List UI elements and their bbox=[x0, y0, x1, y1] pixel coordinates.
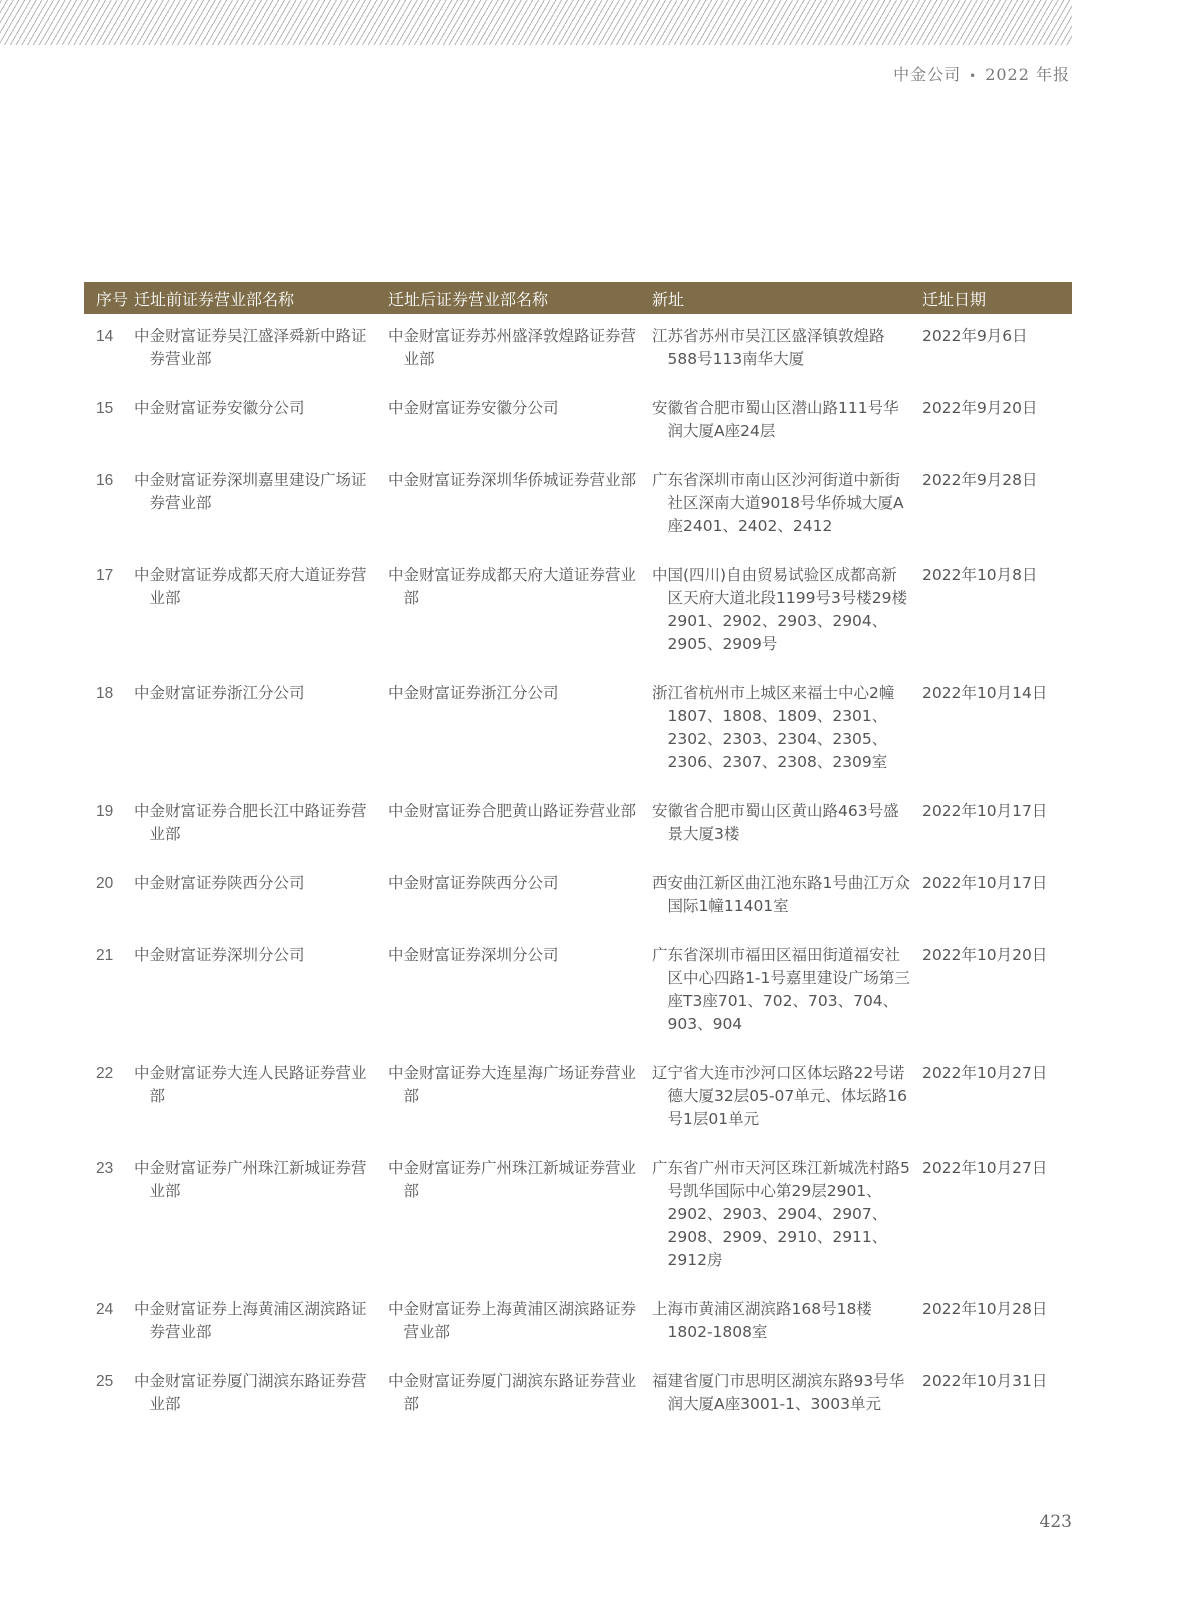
page-number: 423 bbox=[1040, 1512, 1072, 1532]
row-number-text: 21 bbox=[96, 944, 122, 967]
after-name-text: 中金财富证券陕西分公司 bbox=[388, 872, 640, 895]
row-number-text: 16 bbox=[96, 469, 122, 492]
before-name: 中金财富证券陕西分公司 bbox=[128, 861, 382, 933]
after-name: 中金财富证券浙江分公司 bbox=[382, 671, 646, 789]
row-number: 15 bbox=[84, 386, 128, 458]
company-name: 中金公司 bbox=[893, 65, 961, 84]
after-name-text: 中金财富证券大连星海广场证券营业部 bbox=[388, 1062, 640, 1108]
new-address-text: 江苏省苏州市吴江区盛泽镇敦煌路588号113南华大厦 bbox=[652, 325, 910, 371]
row-number: 22 bbox=[84, 1051, 128, 1146]
separator-dot: • bbox=[969, 69, 977, 83]
new-address-text: 广东省深圳市福田区福田街道福安社区中心四路1-1号嘉里建设广场第三座T3座701… bbox=[652, 944, 910, 1036]
relocation-date-text: 2022年10月8日 bbox=[922, 564, 1066, 587]
before-name: 中金财富证券合肥长江中路证券营业部 bbox=[128, 789, 382, 861]
before-name-text: 中金财富证券深圳嘉里建设广场证券营业部 bbox=[134, 469, 376, 515]
after-name-text: 中金财富证券深圳分公司 bbox=[388, 944, 640, 967]
relocation-date-text: 2022年9月28日 bbox=[922, 469, 1066, 492]
new-address: 广东省深圳市南山区沙河街道中新街社区深南大道9018号华侨城大厦A座2401、2… bbox=[646, 458, 916, 553]
new-address-text: 广东省深圳市南山区沙河街道中新街社区深南大道9018号华侨城大厦A座2401、2… bbox=[652, 469, 910, 538]
relocation-date: 2022年9月20日 bbox=[916, 386, 1072, 458]
before-name: 中金财富证券深圳分公司 bbox=[128, 933, 382, 1051]
table-row: 20中金财富证券陕西分公司中金财富证券陕西分公司西安曲江新区曲江池东路1号曲江万… bbox=[84, 861, 1072, 933]
relocation-date: 2022年10月31日 bbox=[916, 1359, 1072, 1431]
header-before-name: 迁址前证券营业部名称 bbox=[128, 282, 382, 314]
relocation-date: 2022年10月20日 bbox=[916, 933, 1072, 1051]
after-name: 中金财富证券深圳华侨城证券营业部 bbox=[382, 458, 646, 553]
before-name: 中金财富证券深圳嘉里建设广场证券营业部 bbox=[128, 458, 382, 553]
after-name: 中金财富证券广州珠江新城证券营业部 bbox=[382, 1146, 646, 1287]
after-name: 中金财富证券厦门湖滨东路证券营业部 bbox=[382, 1359, 646, 1431]
row-number-text: 22 bbox=[96, 1062, 122, 1085]
before-name-text: 中金财富证券成都天府大道证券营业部 bbox=[134, 564, 376, 610]
table-row: 21中金财富证券深圳分公司中金财富证券深圳分公司广东省深圳市福田区福田街道福安社… bbox=[84, 933, 1072, 1051]
before-name-text: 中金财富证券上海黄浦区湖滨路证券营业部 bbox=[134, 1298, 376, 1344]
after-name-text: 中金财富证券厦门湖滨东路证券营业部 bbox=[388, 1370, 640, 1416]
row-number: 18 bbox=[84, 671, 128, 789]
before-name: 中金财富证券成都天府大道证券营业部 bbox=[128, 553, 382, 671]
new-address: 福建省厦门市思明区湖滨东路93号华润大厦A座3001-1、3003单元 bbox=[646, 1359, 916, 1431]
new-address-text: 福建省厦门市思明区湖滨东路93号华润大厦A座3001-1、3003单元 bbox=[652, 1370, 910, 1416]
relocation-date-text: 2022年10月27日 bbox=[922, 1157, 1066, 1180]
new-address: 安徽省合肥市蜀山区黄山路463号盛景大厦3楼 bbox=[646, 789, 916, 861]
row-number-text: 19 bbox=[96, 800, 122, 823]
before-name: 中金财富证券广州珠江新城证券营业部 bbox=[128, 1146, 382, 1287]
relocation-date-text: 2022年10月28日 bbox=[922, 1298, 1066, 1321]
after-name-text: 中金财富证券苏州盛泽敦煌路证券营业部 bbox=[388, 325, 640, 371]
table-row: 23中金财富证券广州珠江新城证券营业部中金财富证券广州珠江新城证券营业部广东省广… bbox=[84, 1146, 1072, 1287]
before-name-text: 中金财富证券深圳分公司 bbox=[134, 944, 376, 967]
relocation-date: 2022年9月28日 bbox=[916, 458, 1072, 553]
row-number: 25 bbox=[84, 1359, 128, 1431]
running-header: 中金公司•2022 年报 bbox=[893, 62, 1070, 85]
row-number: 23 bbox=[84, 1146, 128, 1287]
before-name: 中金财富证券浙江分公司 bbox=[128, 671, 382, 789]
header-date: 迁址日期 bbox=[916, 282, 1072, 314]
before-name-text: 中金财富证券合肥长江中路证券营业部 bbox=[134, 800, 376, 846]
before-name: 中金财富证券上海黄浦区湖滨路证券营业部 bbox=[128, 1287, 382, 1359]
relocation-date: 2022年10月27日 bbox=[916, 1146, 1072, 1287]
row-number: 16 bbox=[84, 458, 128, 553]
relocation-date-text: 2022年10月31日 bbox=[922, 1370, 1066, 1393]
new-address-text: 辽宁省大连市沙河口区体坛路22号诺德大厦32层05-07单元、体坛路16号1层0… bbox=[652, 1062, 910, 1131]
new-address-text: 广东省广州市天河区珠江新城冼村路5号凯华国际中心第29层2901、2902、29… bbox=[652, 1157, 910, 1272]
new-address: 广东省广州市天河区珠江新城冼村路5号凯华国际中心第29层2901、2902、29… bbox=[646, 1146, 916, 1287]
relocation-date-text: 2022年10月14日 bbox=[922, 682, 1066, 705]
after-name: 中金财富证券陕西分公司 bbox=[382, 861, 646, 933]
relocation-date-text: 2022年9月6日 bbox=[922, 325, 1066, 348]
after-name: 中金财富证券深圳分公司 bbox=[382, 933, 646, 1051]
before-name-text: 中金财富证券厦门湖滨东路证券营业部 bbox=[134, 1370, 376, 1416]
table-row: 19中金财富证券合肥长江中路证券营业部中金财富证券合肥黄山路证券营业部安徽省合肥… bbox=[84, 789, 1072, 861]
relocation-date: 2022年9月6日 bbox=[916, 314, 1072, 386]
header-new-address: 新址 bbox=[646, 282, 916, 314]
before-name-text: 中金财富证券吴江盛泽舜新中路证券营业部 bbox=[134, 325, 376, 371]
new-address: 安徽省合肥市蜀山区潜山路111号华润大厦A座24层 bbox=[646, 386, 916, 458]
table-row: 25中金财富证券厦门湖滨东路证券营业部中金财富证券厦门湖滨东路证券营业部福建省厦… bbox=[84, 1359, 1072, 1431]
after-name-text: 中金财富证券成都天府大道证券营业部 bbox=[388, 564, 640, 610]
row-number: 17 bbox=[84, 553, 128, 671]
new-address-text: 西安曲江新区曲江池东路1号曲江万众国际1幢11401室 bbox=[652, 872, 910, 918]
new-address: 辽宁省大连市沙河口区体坛路22号诺德大厦32层05-07单元、体坛路16号1层0… bbox=[646, 1051, 916, 1146]
new-address-text: 浙江省杭州市上城区来福士中心2幢1807、1808、1809、2301、2302… bbox=[652, 682, 910, 774]
table-row: 14中金财富证券吴江盛泽舜新中路证券营业部中金财富证券苏州盛泽敦煌路证券营业部江… bbox=[84, 314, 1072, 386]
relocation-date: 2022年10月17日 bbox=[916, 789, 1072, 861]
before-name-text: 中金财富证券广州珠江新城证券营业部 bbox=[134, 1157, 376, 1203]
table-row: 16中金财富证券深圳嘉里建设广场证券营业部中金财富证券深圳华侨城证券营业部广东省… bbox=[84, 458, 1072, 553]
before-name-text: 中金财富证券陕西分公司 bbox=[134, 872, 376, 895]
before-name-text: 中金财富证券安徽分公司 bbox=[134, 397, 376, 420]
before-name: 中金财富证券大连人民路证券营业部 bbox=[128, 1051, 382, 1146]
after-name: 中金财富证券合肥黄山路证券营业部 bbox=[382, 789, 646, 861]
new-address-text: 安徽省合肥市蜀山区黄山路463号盛景大厦3楼 bbox=[652, 800, 910, 846]
row-number-text: 14 bbox=[96, 325, 122, 348]
row-number-text: 17 bbox=[96, 564, 122, 587]
relocation-date: 2022年10月8日 bbox=[916, 553, 1072, 671]
new-address: 浙江省杭州市上城区来福士中心2幢1807、1808、1809、2301、2302… bbox=[646, 671, 916, 789]
before-name-text: 中金财富证券大连人民路证券营业部 bbox=[134, 1062, 376, 1108]
row-number: 20 bbox=[84, 861, 128, 933]
row-number: 14 bbox=[84, 314, 128, 386]
new-address: 西安曲江新区曲江池东路1号曲江万众国际1幢11401室 bbox=[646, 861, 916, 933]
after-name: 中金财富证券上海黄浦区湖滨路证券营业部 bbox=[382, 1287, 646, 1359]
table-row: 18中金财富证券浙江分公司中金财富证券浙江分公司浙江省杭州市上城区来福士中心2幢… bbox=[84, 671, 1072, 789]
table-header-row: 序号 迁址前证券营业部名称 迁址后证券营业部名称 新址 迁址日期 bbox=[84, 282, 1072, 314]
table-row: 24中金财富证券上海黄浦区湖滨路证券营业部中金财富证券上海黄浦区湖滨路证券营业部… bbox=[84, 1287, 1072, 1359]
new-address: 广东省深圳市福田区福田街道福安社区中心四路1-1号嘉里建设广场第三座T3座701… bbox=[646, 933, 916, 1051]
new-address-text: 安徽省合肥市蜀山区潜山路111号华润大厦A座24层 bbox=[652, 397, 910, 443]
after-name-text: 中金财富证券安徽分公司 bbox=[388, 397, 640, 420]
after-name-text: 中金财富证券合肥黄山路证券营业部 bbox=[388, 800, 640, 823]
table-row: 17中金财富证券成都天府大道证券营业部中金财富证券成都天府大道证券营业部中国(四… bbox=[84, 553, 1072, 671]
row-number-text: 15 bbox=[96, 397, 122, 420]
relocation-date-text: 2022年10月17日 bbox=[922, 872, 1066, 895]
new-address-text: 上海市黄浦区湖滨路168号18楼1802-1808室 bbox=[652, 1298, 910, 1344]
new-address: 上海市黄浦区湖滨路168号18楼1802-1808室 bbox=[646, 1287, 916, 1359]
row-number: 24 bbox=[84, 1287, 128, 1359]
new-address-text: 中国(四川)自由贸易试验区成都高新区天府大道北段1199号3号楼29楼2901、… bbox=[652, 564, 910, 656]
after-name: 中金财富证券成都天府大道证券营业部 bbox=[382, 553, 646, 671]
relocation-date-text: 2022年10月17日 bbox=[922, 800, 1066, 823]
after-name-text: 中金财富证券广州珠江新城证券营业部 bbox=[388, 1157, 640, 1203]
after-name-text: 中金财富证券深圳华侨城证券营业部 bbox=[388, 469, 640, 492]
new-address: 中国(四川)自由贸易试验区成都高新区天府大道北段1199号3号楼29楼2901、… bbox=[646, 553, 916, 671]
after-name: 中金财富证券安徽分公司 bbox=[382, 386, 646, 458]
row-number-text: 24 bbox=[96, 1298, 122, 1321]
row-number-text: 20 bbox=[96, 872, 122, 895]
relocation-table: 序号 迁址前证券营业部名称 迁址后证券营业部名称 新址 迁址日期 14中金财富证… bbox=[84, 282, 1072, 1431]
relocation-date: 2022年10月28日 bbox=[916, 1287, 1072, 1359]
after-name: 中金财富证券大连星海广场证券营业部 bbox=[382, 1051, 646, 1146]
new-address: 江苏省苏州市吴江区盛泽镇敦煌路588号113南华大厦 bbox=[646, 314, 916, 386]
report-title: 2022 年报 bbox=[985, 65, 1070, 84]
after-name-text: 中金财富证券上海黄浦区湖滨路证券营业部 bbox=[388, 1298, 640, 1344]
before-name: 中金财富证券吴江盛泽舜新中路证券营业部 bbox=[128, 314, 382, 386]
row-number-text: 23 bbox=[96, 1157, 122, 1180]
decorative-hatch-band bbox=[0, 0, 1072, 45]
table-row: 15中金财富证券安徽分公司中金财富证券安徽分公司安徽省合肥市蜀山区潜山路111号… bbox=[84, 386, 1072, 458]
relocation-date: 2022年10月14日 bbox=[916, 671, 1072, 789]
before-name: 中金财富证券安徽分公司 bbox=[128, 386, 382, 458]
relocation-date-text: 2022年10月27日 bbox=[922, 1062, 1066, 1085]
row-number: 21 bbox=[84, 933, 128, 1051]
before-name: 中金财富证券厦门湖滨东路证券营业部 bbox=[128, 1359, 382, 1431]
table-row: 22中金财富证券大连人民路证券营业部中金财富证券大连星海广场证券营业部辽宁省大连… bbox=[84, 1051, 1072, 1146]
row-number-text: 25 bbox=[96, 1370, 122, 1393]
relocation-date-text: 2022年9月20日 bbox=[922, 397, 1066, 420]
header-no: 序号 bbox=[84, 282, 128, 314]
relocation-date: 2022年10月17日 bbox=[916, 861, 1072, 933]
before-name-text: 中金财富证券浙江分公司 bbox=[134, 682, 376, 705]
after-name-text: 中金财富证券浙江分公司 bbox=[388, 682, 640, 705]
after-name: 中金财富证券苏州盛泽敦煌路证券营业部 bbox=[382, 314, 646, 386]
row-number-text: 18 bbox=[96, 682, 122, 705]
header-after-name: 迁址后证券营业部名称 bbox=[382, 282, 646, 314]
relocation-date-text: 2022年10月20日 bbox=[922, 944, 1066, 967]
relocation-date: 2022年10月27日 bbox=[916, 1051, 1072, 1146]
row-number: 19 bbox=[84, 789, 128, 861]
